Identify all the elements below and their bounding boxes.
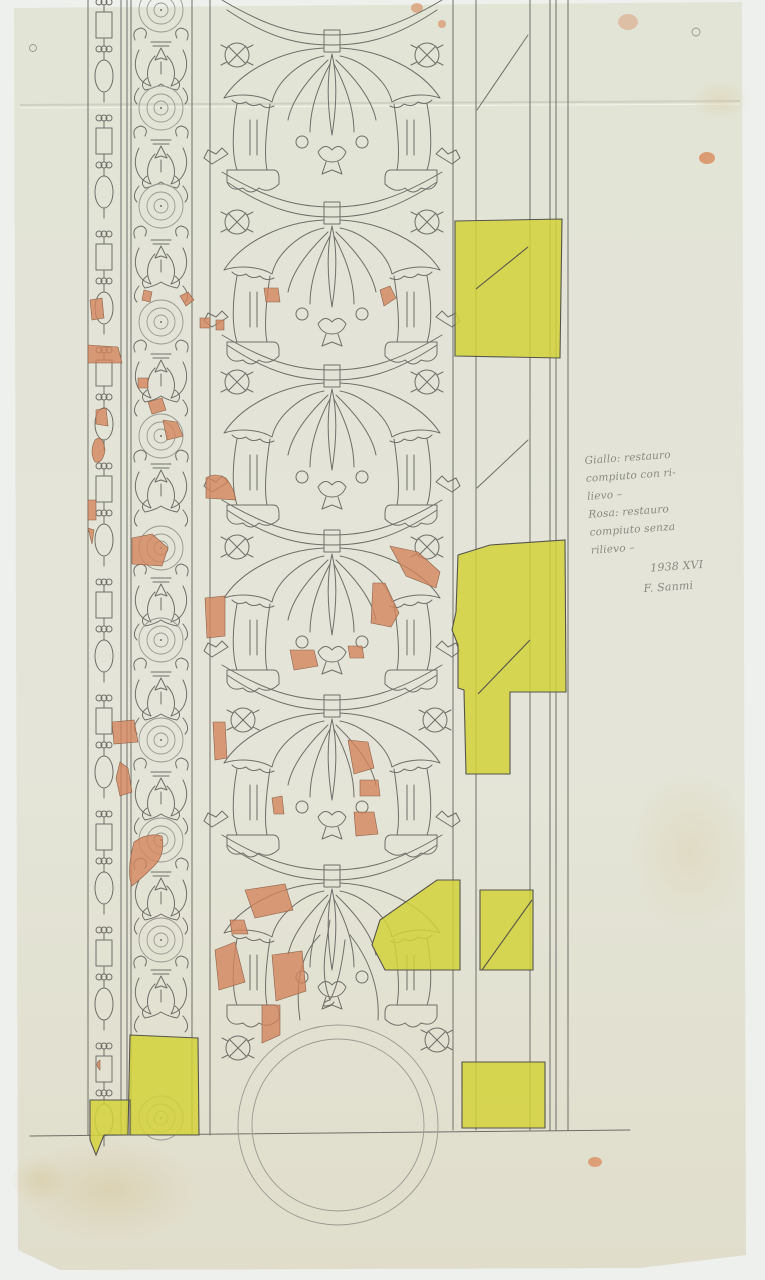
yellow-patch bbox=[480, 890, 533, 970]
drawing-svg bbox=[0, 0, 765, 1280]
drawing-canvas: Giallo: restauro compiuto con ri- lievo … bbox=[0, 0, 765, 1280]
yellow-patch bbox=[455, 219, 562, 358]
restoration-legend-note: Giallo: restauro compiuto con ri- lievo … bbox=[584, 442, 744, 602]
yellow-patch bbox=[462, 1062, 545, 1128]
